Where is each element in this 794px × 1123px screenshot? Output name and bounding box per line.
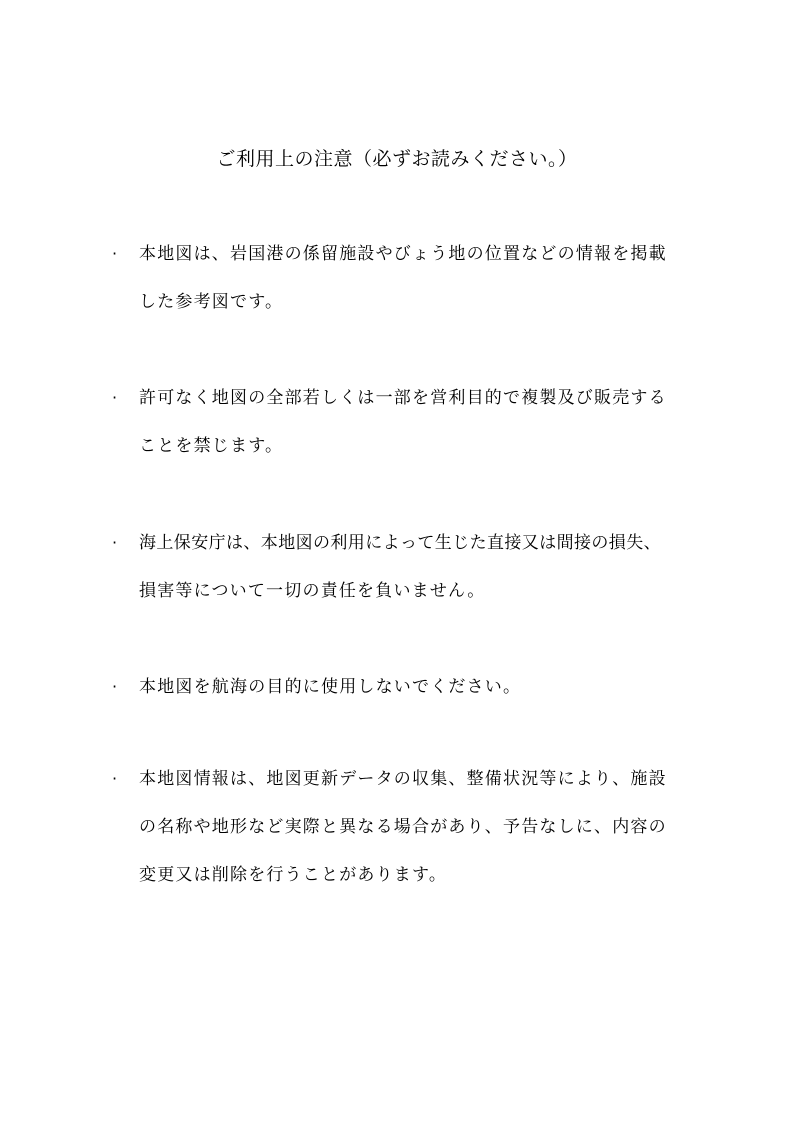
page-title: ご利用上の注意（必ずお読みください。） xyxy=(0,145,794,173)
bullet-dot-icon: · xyxy=(112,384,124,412)
notice-text-line: 本地図は、岩国港の係留施設やびょう地の位置などの情報を掲載 xyxy=(139,240,667,268)
bullet-dot-icon: · xyxy=(112,673,124,701)
notice-text-line: 本地図情報は、地図更新データの収集、整備状況等により、施設 xyxy=(139,765,667,793)
notice-text-line: した参考図です。 xyxy=(139,288,283,316)
notice-text-line: の名称や地形など実際と異なる場合があり、予告なしに、内容の xyxy=(139,813,667,841)
bullet-dot-icon: · xyxy=(112,529,124,557)
notice-text-line: 海上保安庁は、本地図の利用によって生じた直接又は間接の損失、 xyxy=(139,529,661,557)
notice-text-line: ことを禁じます。 xyxy=(139,432,283,460)
notice-text-line: 損害等について一切の責任を負いません。 xyxy=(139,577,485,605)
notice-text-line: 変更又は削除を行うことがあります。 xyxy=(139,861,447,889)
notice-text-line: 許可なく地図の全部若しくは一部を営利目的で複製及び販売する xyxy=(139,384,667,412)
bullet-dot-icon: · xyxy=(112,240,124,268)
notice-text-line: 本地図を航海の目的に使用しないでください。 xyxy=(139,673,521,701)
bullet-dot-icon: · xyxy=(112,765,124,793)
